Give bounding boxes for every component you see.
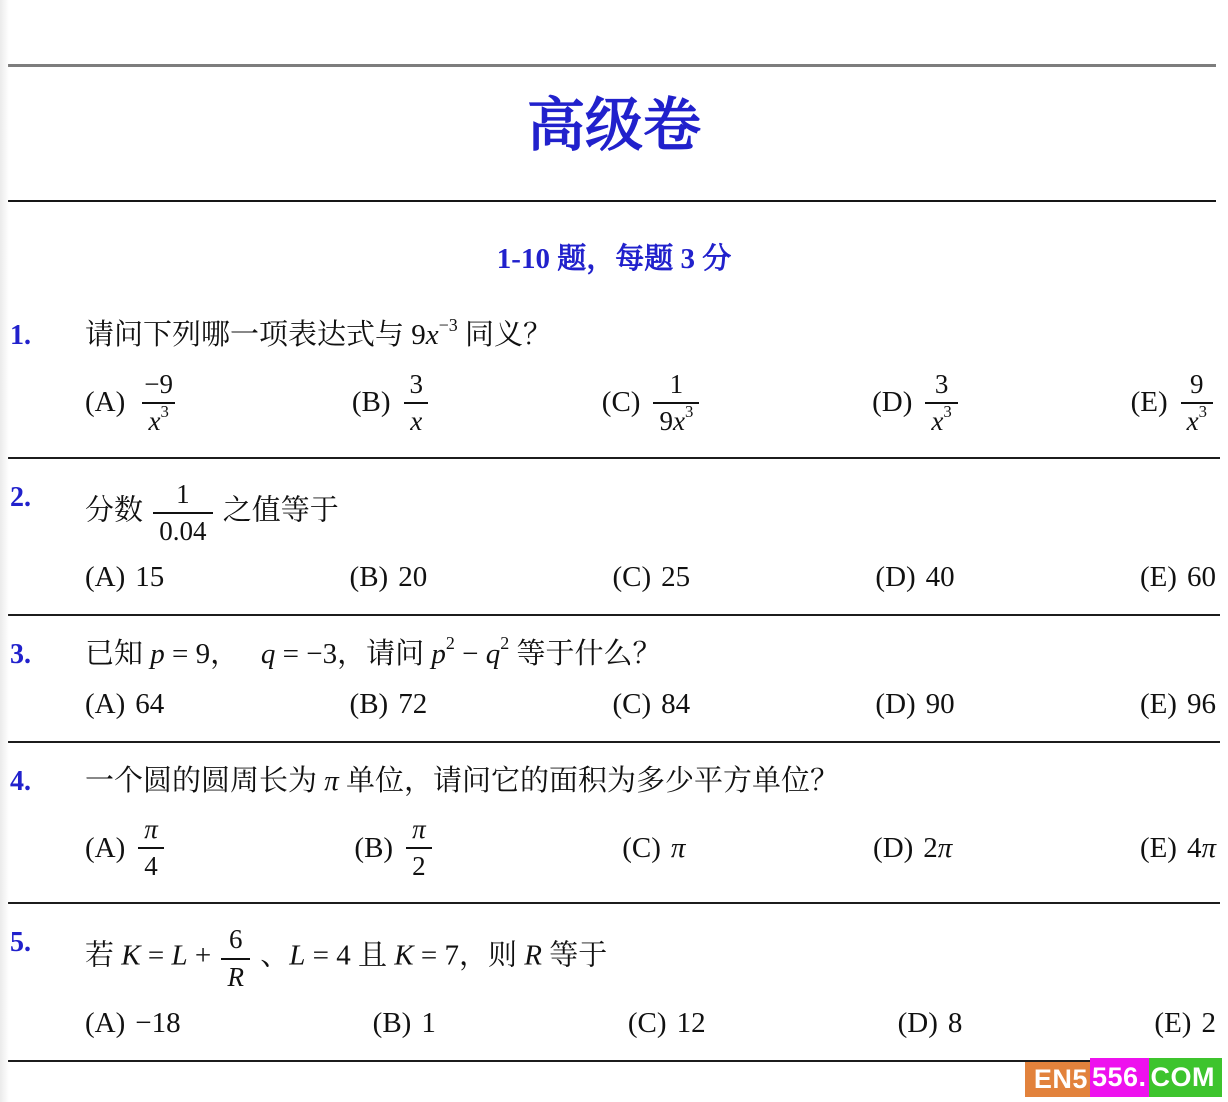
title-divider	[8, 200, 1216, 202]
option-label: (C)	[612, 688, 651, 721]
questions-container: 1.请问下列哪一项表达式与 9x−3 同义？(A)−9x3(B)3x(C)19x…	[8, 277, 1220, 1062]
math-variable: K	[121, 940, 140, 972]
option-item: (B)1	[373, 1007, 436, 1040]
text-run: ，则	[459, 940, 524, 972]
fraction: 6R	[221, 924, 250, 992]
page-content: 高级卷 1-10 题，每题 3 分 1.请问下列哪一项表达式与 9x−3 同义？…	[0, 0, 1228, 1062]
option-label: (B)	[373, 1007, 412, 1040]
option-content: 3x3	[922, 369, 960, 437]
option-content: 4π	[1187, 832, 1216, 865]
option-item: (B)72	[350, 688, 428, 721]
option-content: 12	[677, 1007, 706, 1040]
text-run: =	[141, 940, 172, 972]
text-run: = −3	[275, 638, 337, 670]
fraction: −9x3	[138, 369, 179, 437]
option-item: (D)90	[875, 688, 954, 721]
math-variable: x	[931, 406, 943, 436]
text-run: −9	[144, 369, 173, 399]
math-variable: q	[261, 638, 276, 670]
option-item: (E)96	[1140, 688, 1216, 721]
fraction-numerator: π	[406, 814, 432, 847]
text-run: 84	[661, 688, 690, 720]
option-item: (C)π	[622, 832, 685, 865]
option-label: (A)	[85, 688, 125, 721]
option-item: (E)4π	[1140, 832, 1216, 865]
option-item: (A)64	[85, 688, 164, 721]
option-content: 2π	[923, 832, 952, 865]
option-label: (C)	[602, 386, 641, 419]
section-subtitle: 1-10 题，每题 3 分	[8, 242, 1220, 277]
option-item: (B)3x	[352, 369, 432, 437]
question-stem: 一个圆的圆周长为 π 单位，请问它的面积为多少平方单位？	[85, 763, 1220, 801]
fraction: π2	[406, 814, 432, 882]
options-row: (A)−9x3(B)3x(C)19x3(D)3x3(E)9x3	[85, 369, 1216, 437]
options-row: (A)−18(B)1(C)12(D)8(E)2	[85, 1007, 1216, 1040]
question-item: 1.请问下列哪一项表达式与 9x−3 同义？(A)−9x3(B)3x(C)19x…	[8, 277, 1220, 459]
text-run: 等于什么？	[509, 638, 661, 670]
text-run: 64	[135, 688, 164, 720]
math-variable: x	[673, 406, 685, 436]
option-content: −9x3	[135, 369, 182, 437]
question-item: 4.一个圆的圆周长为 π 单位，请问它的面积为多少平方单位？(A)π4(B)π2…	[8, 743, 1220, 905]
option-content: 64	[135, 688, 164, 721]
question-number: 2.	[8, 479, 85, 517]
watermark-segment-magenta-block: 556.	[1090, 1058, 1149, 1097]
option-label: (E)	[1154, 1007, 1191, 1040]
option-label: (C)	[612, 561, 651, 594]
option-content: 1	[421, 1007, 436, 1040]
option-label: (B)	[352, 386, 391, 419]
option-content: 15	[135, 561, 164, 594]
fraction: 10.04	[153, 479, 212, 547]
text-run: 单位，请问它的面积为多少平方单位？	[339, 765, 839, 797]
question-row: 1.请问下列哪一项表达式与 9x−3 同义？	[8, 317, 1220, 355]
option-content: 90	[926, 688, 955, 721]
option-label: (D)	[875, 561, 915, 594]
fraction-denominator: R	[221, 958, 250, 993]
question-number: 5.	[8, 924, 85, 962]
options-row: (A)64(B)72(C)84(D)90(E)96	[85, 688, 1216, 721]
text-run: 1	[176, 479, 190, 509]
option-item: (D)2π	[873, 832, 952, 865]
option-item: (D)40	[875, 561, 954, 594]
math-variable: q	[486, 638, 501, 670]
option-content: 20	[398, 561, 427, 594]
option-content: 84	[661, 688, 690, 721]
text-run: −18	[135, 1007, 180, 1039]
exam-page: 高级卷 1-10 题，每题 3 分 1.请问下列哪一项表达式与 9x−3 同义？…	[0, 0, 1228, 1102]
option-item: (C)12	[628, 1007, 706, 1040]
text-run: 25	[661, 561, 690, 593]
text-run: 4	[144, 851, 158, 881]
option-label: (E)	[1140, 832, 1177, 865]
option-item: (C)84	[612, 688, 690, 721]
math-variable: x	[1187, 406, 1199, 436]
text-run: 若	[85, 940, 121, 972]
math-variable: p	[150, 638, 165, 670]
fraction-denominator: 2	[406, 847, 432, 882]
text-run: +	[188, 940, 219, 972]
fraction-numerator: 9	[1184, 369, 1210, 402]
question-row: 2.分数 10.04 之值等于	[8, 479, 1220, 547]
fraction-numerator: −9	[138, 369, 179, 402]
option-content: 8	[948, 1007, 963, 1040]
fraction: 3x3	[925, 369, 957, 437]
option-item: (C)19x3	[602, 369, 703, 437]
text-run: 3	[935, 369, 949, 399]
option-content: π2	[403, 814, 435, 882]
fraction-denominator: x	[404, 402, 428, 437]
option-label: (B)	[350, 688, 389, 721]
option-item: (A)π4	[85, 814, 167, 882]
math-variable: x	[410, 406, 422, 436]
question-number: 3.	[8, 636, 85, 674]
text-run: 9	[659, 406, 673, 436]
text-run: 2	[1201, 1007, 1216, 1039]
fraction-denominator: x3	[1181, 402, 1213, 437]
text-run: 等于	[542, 940, 607, 972]
superscript: 3	[1199, 402, 1207, 421]
option-content: −18	[135, 1007, 180, 1040]
fraction: 19x3	[653, 369, 699, 437]
option-label: (E)	[1140, 688, 1177, 721]
question-row: 3.已知 p = 9， q = −3，请问 p2 − q2 等于什么？	[8, 636, 1220, 674]
text-run: 之值等于	[216, 494, 339, 526]
math-variable: x	[148, 406, 160, 436]
text-run: 72	[398, 688, 427, 720]
math-variable: p	[431, 638, 446, 670]
question-number: 4.	[8, 763, 85, 801]
text-run: 2	[412, 851, 426, 881]
option-item: (B)π2	[354, 814, 434, 882]
option-item: (D)8	[898, 1007, 963, 1040]
question-stem: 分数 10.04 之值等于	[85, 479, 1220, 547]
option-content: 60	[1187, 561, 1216, 594]
math-variable: π	[1201, 832, 1216, 864]
text-run: 60	[1187, 561, 1216, 593]
text-run: ，请问	[337, 638, 431, 670]
option-content: 3x	[400, 369, 432, 437]
option-label: (A)	[85, 561, 125, 594]
text-run: −	[455, 638, 486, 670]
question-item: 2.分数 10.04 之值等于(A)15(B)20(C)25(D)40(E)60	[8, 459, 1220, 616]
option-content: 96	[1187, 688, 1216, 721]
option-content: π	[671, 832, 686, 865]
math-variable: π	[324, 765, 339, 797]
text-run: 分数	[85, 494, 150, 526]
option-label: (E)	[1140, 561, 1177, 594]
text-run: 15	[135, 561, 164, 593]
page-title: 高级卷	[8, 97, 1220, 155]
text-run: ，	[210, 638, 261, 670]
option-label: (D)	[898, 1007, 938, 1040]
math-variable: R	[524, 940, 542, 972]
option-label: (A)	[85, 386, 125, 419]
option-label: (A)	[85, 1007, 125, 1040]
question-item: 3.已知 p = 9， q = −3，请问 p2 − q2 等于什么？(A)64…	[8, 616, 1220, 743]
top-margin	[8, 0, 1220, 64]
fraction-denominator: x3	[142, 402, 174, 437]
superscript: 3	[685, 402, 693, 421]
text-run: 9	[1190, 369, 1204, 399]
text-run: 1	[421, 1007, 436, 1039]
math-variable: K	[394, 940, 413, 972]
option-label: (A)	[85, 832, 125, 865]
math-variable: π	[144, 814, 158, 844]
option-content: π4	[135, 814, 167, 882]
options-row: (A)15(B)20(C)25(D)40(E)60	[85, 561, 1216, 594]
text-run: = 4	[305, 940, 350, 972]
option-item: (D)3x3	[872, 369, 961, 437]
text-run: 6	[229, 924, 243, 954]
text-run: 、	[253, 940, 289, 972]
fraction-numerator: 3	[403, 369, 429, 402]
fraction-denominator: 0.04	[153, 512, 212, 547]
question-stem: 已知 p = 9， q = −3，请问 p2 − q2 等于什么？	[85, 636, 1220, 674]
text-run: 9	[411, 319, 426, 351]
option-item: (E)60	[1140, 561, 1216, 594]
superscript: 2	[500, 633, 509, 653]
fraction: π4	[138, 814, 164, 882]
question-stem: 若 K = L + 6R 、L = 4 且 K = 7，则 R 等于	[85, 924, 1220, 992]
text-run: = 7	[414, 940, 459, 972]
option-item: (A)15	[85, 561, 164, 594]
superscript: −3	[439, 315, 458, 335]
text-run: 40	[926, 561, 955, 593]
option-label: (D)	[873, 832, 913, 865]
option-content: 72	[398, 688, 427, 721]
math-variable: π	[412, 814, 426, 844]
option-item: (B)20	[350, 561, 428, 594]
text-run: 3	[409, 369, 423, 399]
text-run: 96	[1187, 688, 1216, 720]
watermark-segment-green-block: COM	[1149, 1058, 1223, 1097]
fraction-denominator: 9x3	[653, 402, 699, 437]
option-label: (B)	[350, 561, 389, 594]
math-variable: L	[171, 940, 187, 972]
text-run: 已知	[85, 638, 150, 670]
option-item: (C)25	[612, 561, 690, 594]
fraction-numerator: 1	[664, 369, 690, 402]
fraction-denominator: x3	[925, 402, 957, 437]
math-variable: L	[289, 940, 305, 972]
option-content: 40	[926, 561, 955, 594]
text-run: 0.04	[159, 516, 206, 546]
option-item: (A)−18	[85, 1007, 181, 1040]
option-label: (D)	[872, 386, 912, 419]
question-item: 5.若 K = L + 6R 、L = 4 且 K = 7，则 R 等于(A)−…	[8, 904, 1220, 1061]
question-row: 5.若 K = L + 6R 、L = 4 且 K = 7，则 R 等于	[8, 924, 1220, 992]
option-label: (B)	[354, 832, 393, 865]
text-run: = 9	[165, 638, 210, 670]
fraction-numerator: 1	[170, 479, 196, 512]
superscript: 3	[160, 402, 168, 421]
math-variable: x	[426, 319, 439, 351]
option-label: (C)	[622, 832, 661, 865]
option-item: (E)9x3	[1131, 369, 1216, 437]
text-run: 且	[351, 940, 395, 972]
math-variable: π	[938, 832, 953, 864]
fraction: 3x	[403, 369, 429, 437]
text-run: 8	[948, 1007, 963, 1039]
text-run: 1	[670, 369, 684, 399]
top-divider	[8, 64, 1216, 67]
text-run: 90	[926, 688, 955, 720]
text-run: 2	[923, 832, 938, 864]
options-row: (A)π4(B)π2(C)π(D)2π(E)4π	[85, 814, 1216, 882]
option-item: (A)−9x3	[85, 369, 182, 437]
math-variable: π	[671, 832, 686, 864]
text-run: 12	[677, 1007, 706, 1039]
fraction-numerator: 6	[223, 924, 249, 957]
question-row: 4.一个圆的圆周长为 π 单位，请问它的面积为多少平方单位？	[8, 763, 1220, 801]
option-content: 19x3	[650, 369, 702, 437]
text-run: 20	[398, 561, 427, 593]
option-label: (E)	[1131, 386, 1168, 419]
question-stem: 请问下列哪一项表达式与 9x−3 同义？	[85, 317, 1220, 355]
superscript: 3	[943, 402, 951, 421]
fraction-numerator: π	[138, 814, 164, 847]
text-run: 一个圆的圆周长为	[85, 765, 324, 797]
text-run: 同义？	[458, 319, 552, 351]
option-item: (E)2	[1154, 1007, 1216, 1040]
text-run: 4	[1187, 832, 1202, 864]
math-variable: R	[227, 962, 244, 992]
fraction-denominator: 4	[138, 847, 164, 882]
option-label: (D)	[875, 688, 915, 721]
watermark-segment-orange-block: EN5	[1025, 1062, 1090, 1097]
fraction-numerator: 3	[929, 369, 955, 402]
superscript: 2	[446, 633, 455, 653]
option-content: 9x3	[1178, 369, 1216, 437]
question-number: 1.	[8, 317, 85, 355]
text-run: 请问下列哪一项表达式与	[85, 319, 411, 351]
option-label: (C)	[628, 1007, 667, 1040]
fraction: 9x3	[1181, 369, 1213, 437]
option-content: 25	[661, 561, 690, 594]
option-content: 2	[1201, 1007, 1216, 1040]
watermark: EN5556.COM	[1025, 1058, 1222, 1097]
